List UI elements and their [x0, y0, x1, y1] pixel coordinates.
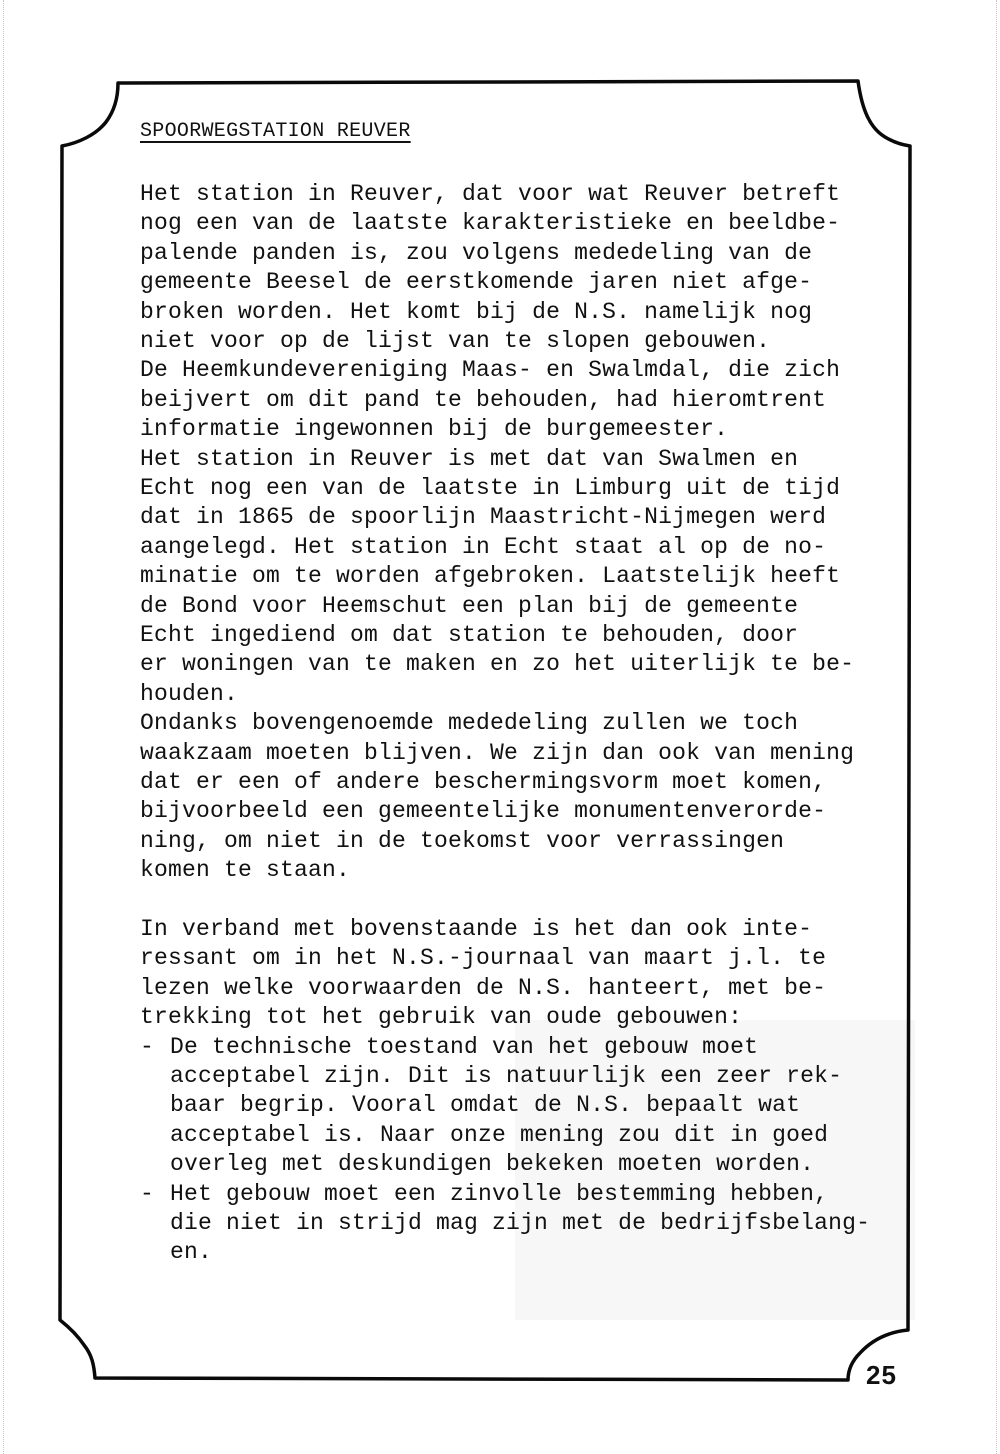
- paragraph-line: aangelegd. Het station in Echt staat al …: [140, 533, 826, 562]
- list-item-line: acceptabel is. Naar onze mening zou dit …: [170, 1121, 828, 1150]
- paragraph-line: lezen welke voorwaarden de N.S. hanteert…: [140, 974, 826, 1003]
- paragraph-line: Echt ingediend om dat station te behoude…: [140, 621, 798, 650]
- paragraph-line: er woningen van te maken en zo het uiter…: [140, 650, 854, 679]
- paragraph-line: de Bond voor Heemschut een plan bij de g…: [140, 592, 798, 621]
- paragraph-line: In verband met bovenstaande is het dan o…: [140, 915, 812, 944]
- list-item-line: Het gebouw moet een zinvolle bestemming …: [170, 1180, 828, 1209]
- list-item-line: De technische toestand van het gebouw mo…: [170, 1033, 758, 1062]
- paragraph-line: beijvert om dit pand te behouden, had hi…: [140, 386, 826, 415]
- paragraph-line: bijvoorbeeld een gemeentelijke monumente…: [140, 797, 826, 826]
- paragraph-line: komen te staan.: [140, 856, 350, 885]
- paragraph-line: niet voor op de lijst van te slopen gebo…: [140, 327, 770, 356]
- paragraph-line: ning, om niet in de toekomst voor verras…: [140, 827, 784, 856]
- list-item-line: die niet in strijd mag zijn met de bedri…: [170, 1209, 870, 1238]
- paragraph-line: trekking tot het gebruik van oude gebouw…: [140, 1003, 742, 1032]
- paragraph-line: houden.: [140, 680, 238, 709]
- paragraph-line: Ondanks bovengenoemde mededeling zullen …: [140, 709, 798, 738]
- paragraph-line: Het station in Reuver, dat voor wat Reuv…: [140, 180, 840, 209]
- paragraph-line: minatie om te worden afgebroken. Laatste…: [140, 562, 840, 591]
- paragraph-line: gemeente Beesel de eerstkomende jaren ni…: [140, 268, 812, 297]
- paragraph-line: nog een van de laatste karakteristieke e…: [140, 209, 840, 238]
- paragraph-line: ressant om in het N.S.-journaal van maar…: [140, 944, 826, 973]
- page-number: 25: [866, 1360, 897, 1391]
- list-item-line: en.: [170, 1238, 212, 1267]
- list-item-line: overleg met deskundigen bekeken moeten w…: [170, 1150, 814, 1179]
- list-bullet-dash: -: [140, 1180, 154, 1209]
- paragraph-line: Het station in Reuver is met dat van Swa…: [140, 445, 798, 474]
- paragraph-line: informatie ingewonnen bij de burgemeeste…: [140, 415, 728, 444]
- paragraph-line: De Heemkundevereniging Maas- en Swalmdal…: [140, 356, 840, 385]
- list-item-line: acceptabel zijn. Dit is natuurlijk een z…: [170, 1062, 842, 1091]
- paragraph-line: waakzaam moeten blijven. We zijn dan ook…: [140, 739, 854, 768]
- document-title: SPOORWEGSTATION REUVER: [140, 120, 411, 143]
- paragraph-line: palende panden is, zou volgens mededelin…: [140, 239, 812, 268]
- paragraph-line: dat er een of andere beschermingsvorm mo…: [140, 768, 826, 797]
- paragraph-line: broken worden. Het komt bij de N.S. name…: [140, 298, 812, 327]
- list-bullet-dash: -: [140, 1033, 154, 1062]
- paragraph-line: dat in 1865 de spoorlijn Maastricht-Nijm…: [140, 503, 826, 532]
- paragraph-line: Echt nog een van de laatste in Limburg u…: [140, 474, 840, 503]
- list-item-line: baar begrip. Vooral omdat de N.S. bepaal…: [170, 1091, 800, 1120]
